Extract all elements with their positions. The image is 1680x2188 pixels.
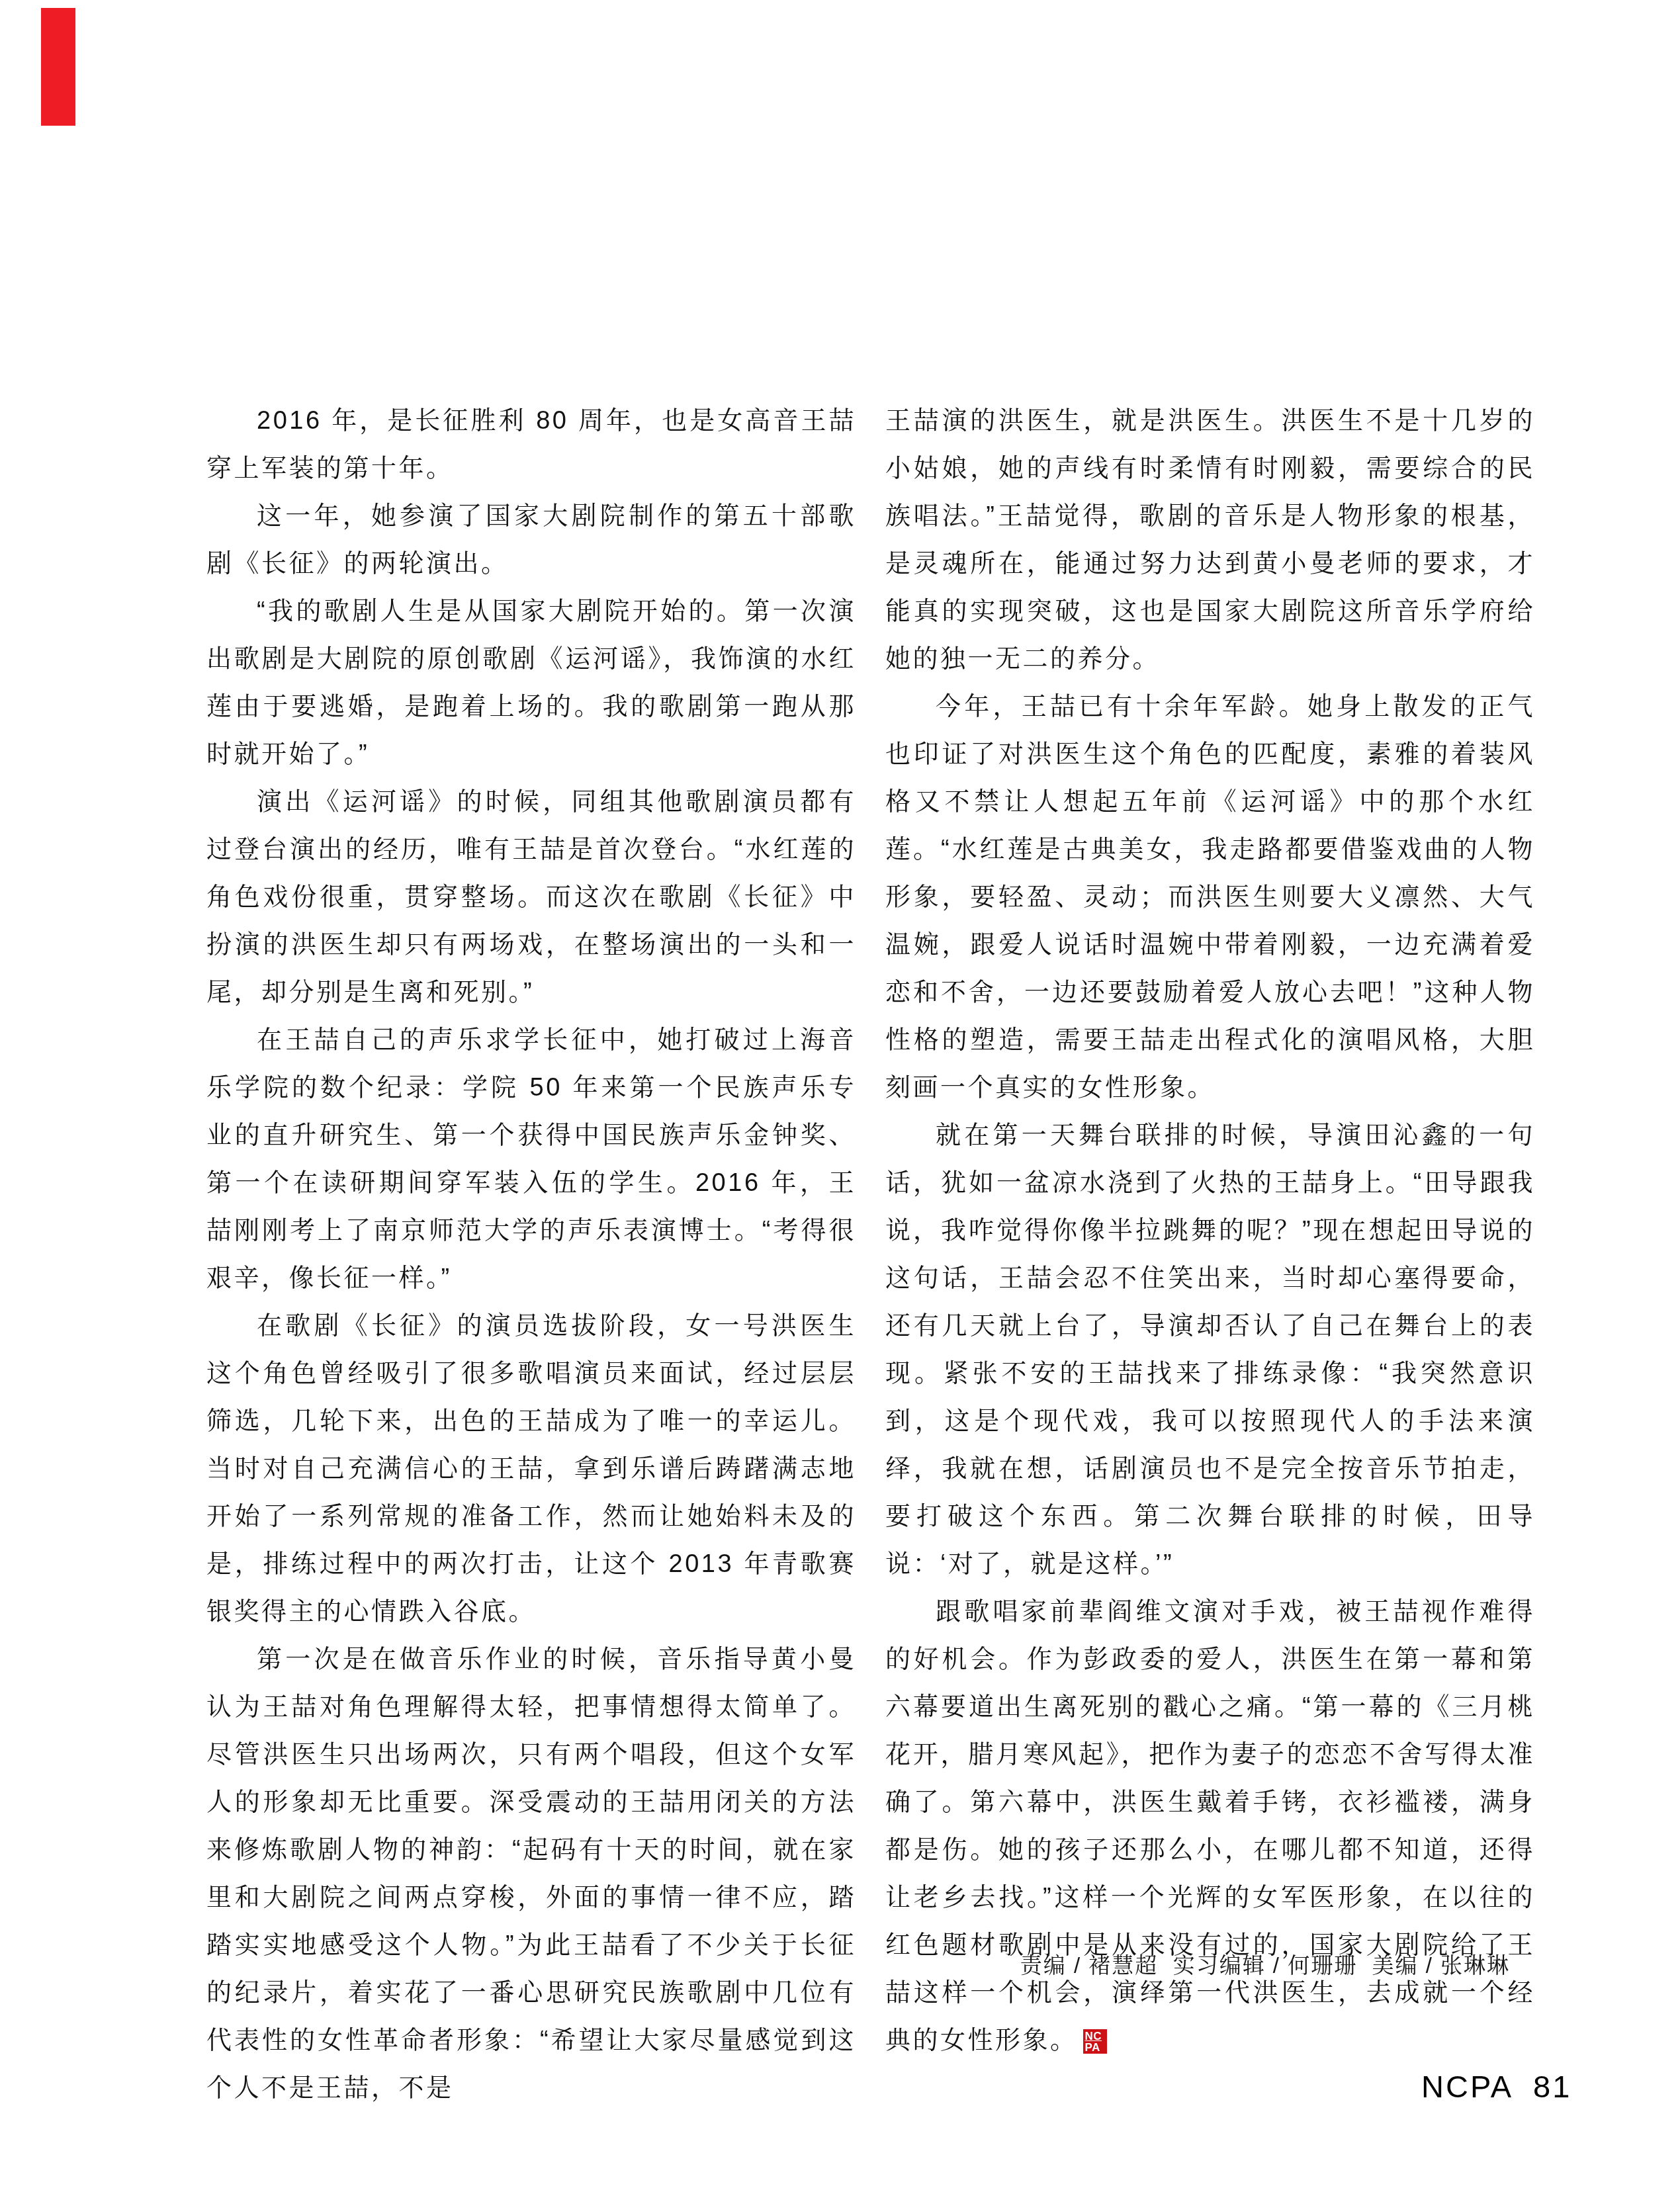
ncpa-end-mark-icon: NCPA bbox=[1083, 2029, 1107, 2054]
paragraph: 演出《运河谣》的时候，同组其他歌剧演员都有过登台演出的经历，唯有王喆是首次登台。… bbox=[206, 778, 856, 1016]
magazine-page: 2016 年，是长征胜利 80 周年，也是女高音王喆穿上军装的第十年。 这一年，… bbox=[0, 0, 1680, 2188]
paragraph: 今年，王喆已有十余年军龄。她身上散发的正气也印证了对洪医生这个角色的匹配度，素雅… bbox=[885, 683, 1535, 1112]
corner-red-mark bbox=[41, 8, 75, 126]
footer-page-number: 81 bbox=[1533, 2068, 1571, 2105]
page-footer: NCPA 81 bbox=[1421, 2068, 1571, 2105]
paragraph: 2016 年，是长征胜利 80 周年，也是女高音王喆穿上军装的第十年。 bbox=[206, 397, 856, 492]
paragraph: 跟歌唱家前辈阎维文演对手戏，被王喆视作难得的好机会。作为彭政委的爱人，洪医生在第… bbox=[885, 1588, 1535, 2064]
footer-brand: NCPA bbox=[1421, 2068, 1513, 2105]
paragraph: 这一年，她参演了国家大剧院制作的第五十部歌剧《长征》的两轮演出。 bbox=[206, 492, 856, 588]
paragraph: 在歌剧《长征》的演员选拔阶段，女一号洪医生这个角色曾经吸引了很多歌唱演员来面试，… bbox=[206, 1302, 856, 1636]
paragraph: “我的歌剧人生是从国家大剧院开始的。第一次演出歌剧是大剧院的原创歌剧《运河谣》，… bbox=[206, 588, 856, 778]
end-mark-line2: PA bbox=[1085, 2042, 1107, 2053]
right-text-column: 王喆演的洪医生，就是洪医生。洪医生不是十几岁的小姑娘，她的声线有时柔情有时刚毅，… bbox=[885, 397, 1535, 2064]
end-mark-line1: NC bbox=[1085, 2031, 1107, 2042]
paragraph-text: 跟歌唱家前辈阎维文演对手戏，被王喆视作难得的好机会。作为彭政委的爱人，洪医生在第… bbox=[885, 1598, 1535, 2054]
editor-credits: 责编 / 褚慧超 实习编辑 / 何珊珊 美编 / 张琳琳 bbox=[885, 1952, 1510, 1980]
left-text-column: 2016 年，是长征胜利 80 周年，也是女高音王喆穿上军装的第十年。 这一年，… bbox=[206, 397, 856, 2112]
paragraph: 在王喆自己的声乐求学长征中，她打破过上海音乐学院的数个纪录：学院 50 年来第一… bbox=[206, 1016, 856, 1302]
paragraph: 第一次是在做音乐作业的时候，音乐指导黄小曼认为王喆对角色理解得太轻，把事情想得太… bbox=[206, 1636, 856, 2112]
paragraph-continuation: 王喆演的洪医生，就是洪医生。洪医生不是十几岁的小姑娘，她的声线有时柔情有时刚毅，… bbox=[885, 397, 1535, 683]
paragraph: 就在第一天舞台联排的时候，导演田沁鑫的一句话，犹如一盆凉水浇到了火热的王喆身上。… bbox=[885, 1112, 1535, 1588]
